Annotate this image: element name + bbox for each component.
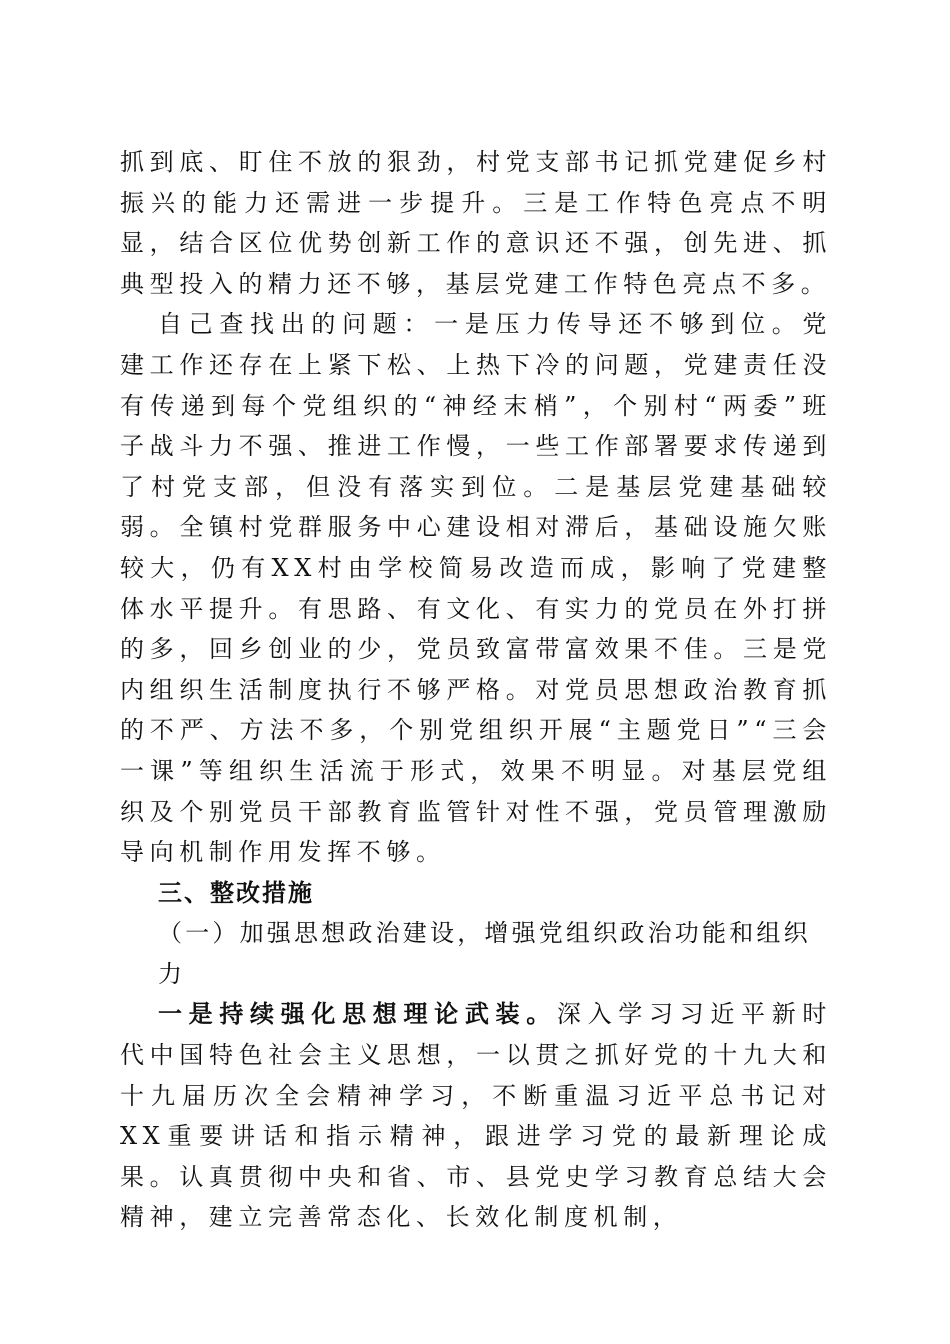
section-heading: 三、整改措施 [120,873,832,914]
document-page: 抓到底、盯住不放的狠劲，村党支部书记抓党建促乡村振兴的能力还需进一步提升。三是工… [120,142,832,1238]
paragraph-continuation: 抓到底、盯住不放的狠劲，村党支部书记抓党建促乡村振兴的能力还需进一步提升。三是工… [120,142,832,304]
paragraph-measure-one: 一是持续强化思想理论武装。深入学习习近平新时代中国特色社会主义思想，一以贯之抓好… [120,994,832,1238]
paragraph-self-identified-problems: 自己查找出的问题：一是压力传导还不够到位。党建工作还存在上紧下松、上热下冷的问题… [120,304,832,872]
paragraph-lead: 一是持续强化思想理论武装。 [158,999,557,1028]
subsection-heading: （一）加强思想政治建设，增强党组织政治功能和组织力 [120,913,832,994]
paragraph-body: 深入学习习近平新时代中国特色社会主义思想，一以贯之抓好党的十九大和十九届历次全会… [120,1000,832,1231]
